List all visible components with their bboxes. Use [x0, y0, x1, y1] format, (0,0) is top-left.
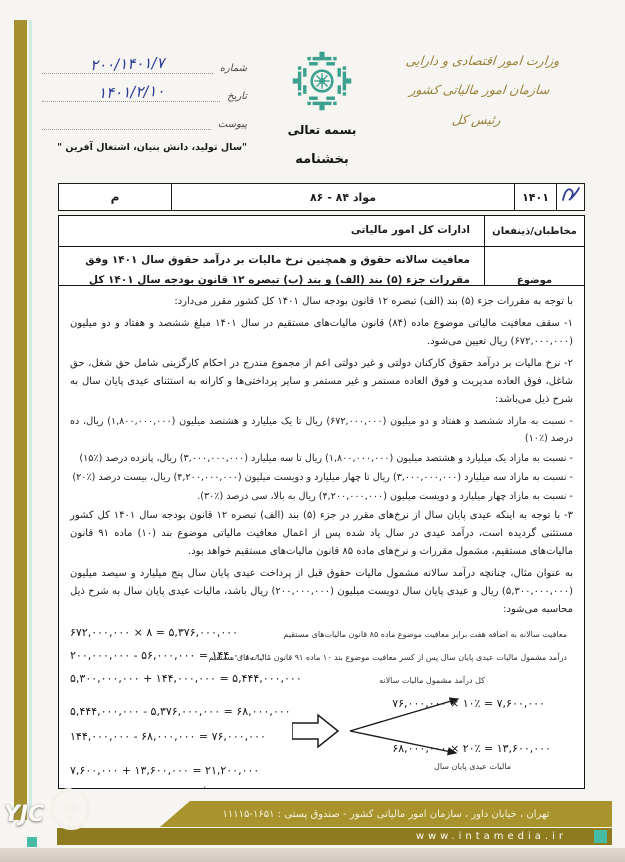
calculation-diagram: ۶۷۲,۰۰۰,۰۰۰ × ۸ = ۵,۳۷۶,۰۰۰,۰۰۰ معافیت س… [70, 623, 573, 783]
rate-bracket-1: - نسبت به مازاد ششصد و هفتاد و دو میلیون… [70, 413, 573, 448]
organization-name: سازمان امور مالیاتی کشور [360, 75, 598, 104]
press-watermark: YJC [4, 786, 93, 842]
classification-code-letter: م [59, 184, 171, 210]
recipients-value: ادارات کل امور مالیاتی [59, 216, 484, 246]
paragraph-4: ۴- با توجه به اینکه در مقررات بودجه‌ای م… [70, 786, 573, 789]
footer-teal-square-right [594, 830, 607, 843]
footer-postal-code: ۱۱۱۱۵-۱۶۵۱ [223, 809, 275, 820]
exemption-formula: ۶۷۲,۰۰۰,۰۰۰ × ۸ = ۵,۳۷۶,۰۰۰,۰۰۰ [70, 623, 238, 643]
paragraph-3: ۳- با توجه به اینکه عیدی پایان سال از نر… [70, 507, 573, 561]
total-tax-formula: ۷,۶۰۰,۰۰۰ + ۱۳,۶۰۰,۰۰۰ = ۲۱,۲۰۰,۰۰۰ [70, 761, 259, 781]
attachment-blank-line [42, 114, 211, 130]
ministry-name: وزارت امور اقتصادی و دارایی [364, 46, 602, 75]
yjc-logo-text: YJC [4, 802, 44, 827]
total-income-formula: ۵,۳۰۰,۰۰۰,۰۰۰ + ۱۴۴,۰۰۰,۰۰۰ = ۵,۴۴۴,۰۰۰,… [70, 669, 302, 689]
letterhead-fields: شماره ۲۰۰/۱۴۰۱/۷ تاریخ ۱۴۰۱/۲/۱۰ پیوست "… [42, 52, 247, 153]
bonus-taxable-label: درآمد مشمول مالیات عیدی پایان سال پس از … [209, 651, 567, 665]
footer-address-band: تهران ، خیابان داور ، سازمان امور مالیات… [160, 801, 612, 827]
recipients-label: مخاطبان/ذینفعان [484, 216, 584, 246]
tax-organization-logo-icon [291, 97, 353, 116]
bismillah-text: بسمه تعالی [270, 123, 374, 137]
rate-bracket-2: - نسبت به مازاد یک میلیارد و هشتصد میلیو… [70, 450, 573, 467]
classification-articles: مواد ۸۴ - ۸۶ [171, 184, 514, 210]
scan-left-teal-line [29, 20, 32, 820]
signer-role: رئیس کل [357, 105, 595, 134]
attachment-label: پیوست [218, 119, 247, 130]
document-page: وزارت امور اقتصادی و دارایی سازمان امور … [0, 0, 625, 862]
tax-rate-brackets: - نسبت به مازاد ششصد و هفتاد و دو میلیون… [70, 413, 573, 505]
document-type-title: بخشنامه [270, 152, 374, 167]
handwritten-paraph-mark-icon [561, 184, 581, 210]
example-paragraph: به عنوان مثال، چنانچه درآمد سالانه مشمول… [70, 565, 573, 619]
remainder-formula: ۱۴۴,۰۰۰,۰۰۰ - ۶۸,۰۰۰,۰۰۰ = ۷۶,۰۰۰,۰۰۰ [70, 727, 266, 747]
footer-address: تهران ، خیابان داور ، سازمان امور مالیات… [278, 809, 550, 820]
classification-year: ۱۴۰۱ [514, 184, 556, 210]
letterhead-calligraphy: وزارت امور اقتصادی و دارایی سازمان امور … [357, 46, 601, 134]
circular-body: با توجه به مقررات جزء (۵) بند (الف) تبصر… [58, 285, 585, 789]
circular-number-handwritten: ۲۰۰/۱۴۰۱/۷ [90, 54, 165, 75]
date-label: تاریخ [227, 91, 247, 102]
yjc-roundel-icon [47, 786, 93, 842]
fork-arrow-icon [292, 687, 467, 778]
intro-paragraph: با توجه به مقررات جزء (۵) بند (الف) تبصر… [70, 293, 573, 311]
letterhead-center: بسمه تعالی بخشنامه [270, 50, 374, 167]
classification-paraph-cell [556, 184, 584, 210]
footer-website-band: www.intamedia.ir [57, 828, 612, 845]
number-label: شماره [220, 63, 247, 74]
footer-website: www.intamedia.ir [416, 831, 567, 842]
exemption-label: معافیت سالانه به اضافه هفت برابر معافیت … [283, 628, 567, 642]
paragraph-1: ۱- سقف معافیت مالیاتی موضوع ماده (۸۴) قا… [70, 315, 573, 351]
classification-table: ۱۴۰۱ مواد ۸۴ - ۸۶ م [58, 183, 585, 211]
scan-bottom-edge [0, 848, 625, 862]
paragraph-2: ۲- نرخ مالیات بر درآمد حقوق کارکنان دولت… [70, 355, 573, 409]
rate-bracket-4: - نسبت به مازاد چهار میلیارد و دویست میل… [70, 488, 573, 505]
scan-left-olive-stripe [14, 20, 27, 820]
year-slogan: "سال تولید، دانش بنیان، اشتغال آفرین " [42, 142, 247, 153]
circular-date-handwritten: ۱۴۰۱/۲/۱۰ [98, 82, 165, 102]
rate-bracket-3: - نسبت به مازاد سه میلیارد (۳,۰۰۰,۰۰۰,۰۰… [70, 469, 573, 486]
excess-formula: ۵,۴۴۴,۰۰۰,۰۰۰ - ۵,۳۷۶,۰۰۰,۰۰۰ = ۶۸,۰۰۰,۰… [70, 702, 291, 722]
